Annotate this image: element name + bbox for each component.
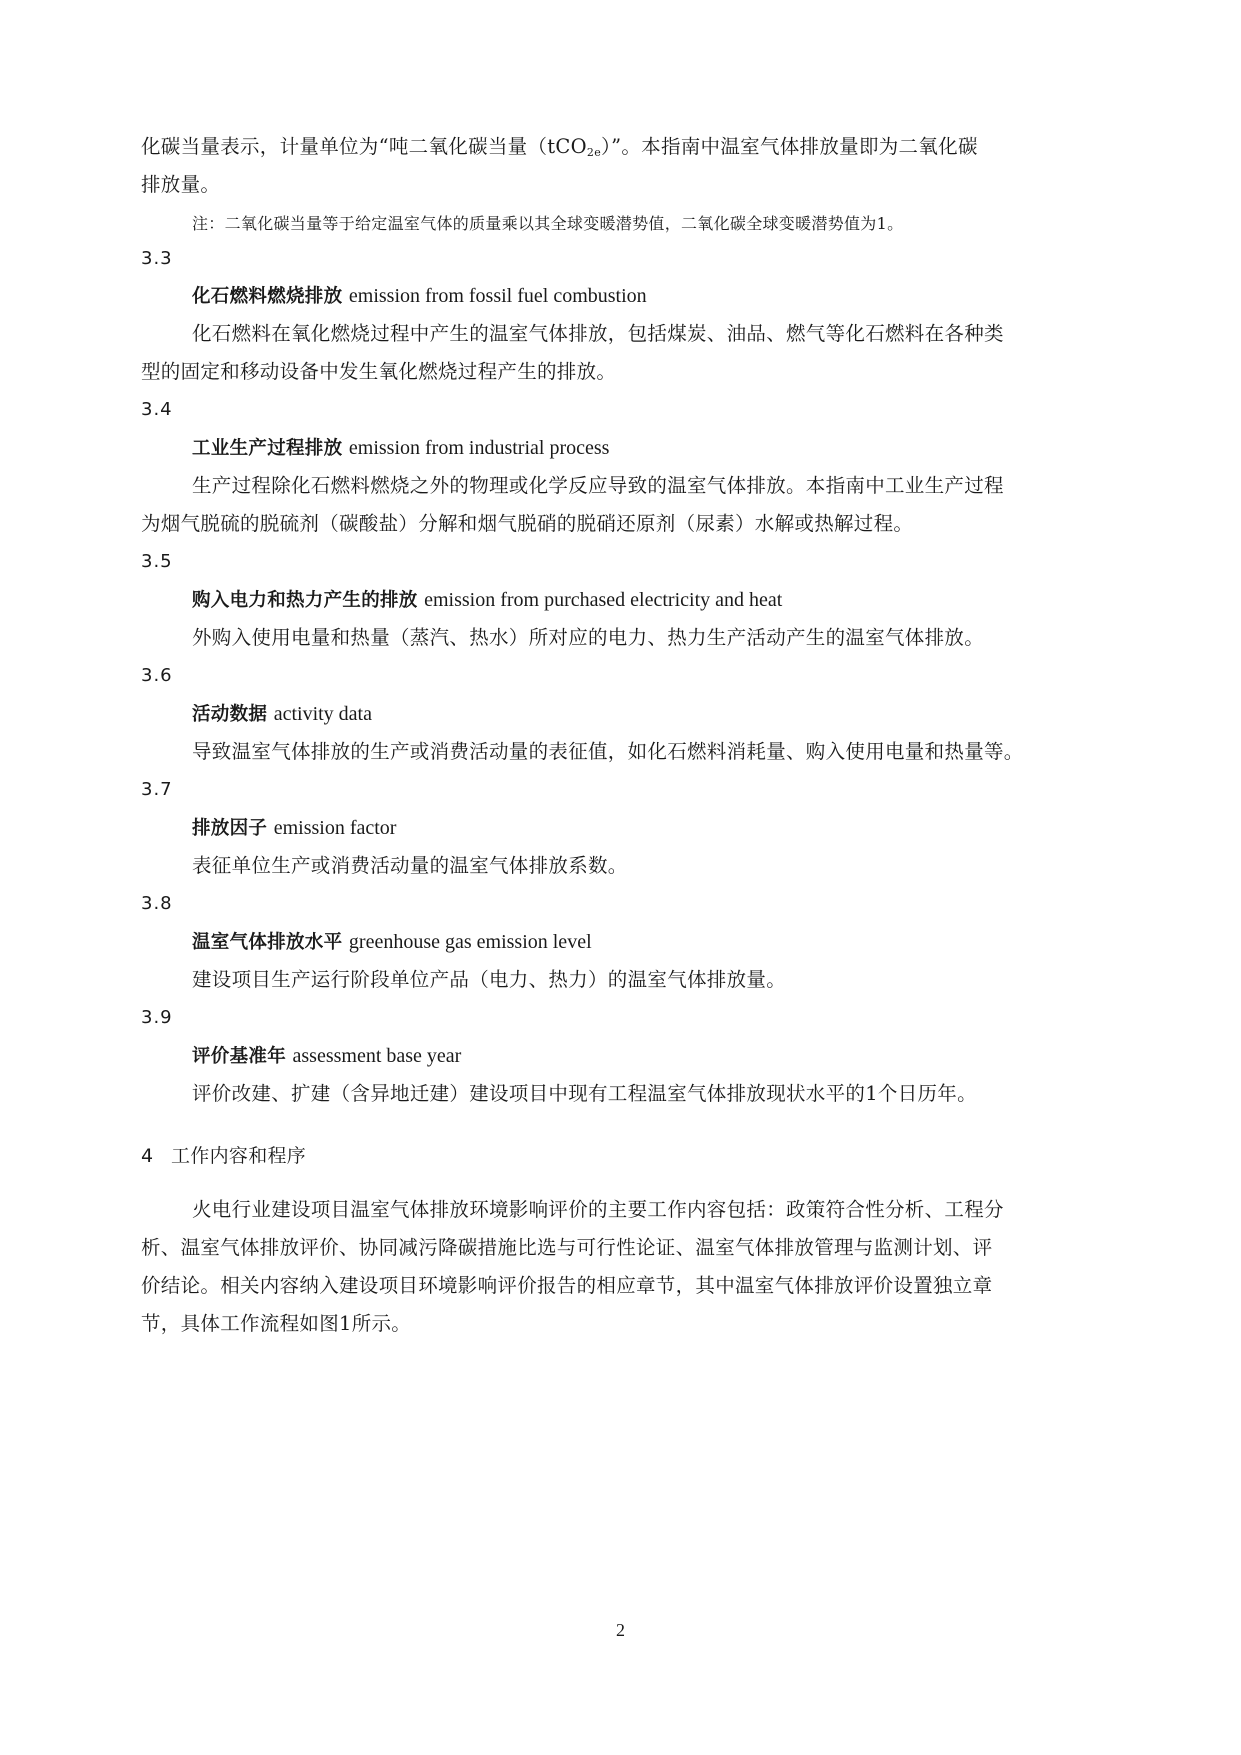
term-zh: 工业生产过程排放 [192,438,342,459]
intro-text-b: ）”。本指南中温室气体排放量即为二氧化碳 [601,135,978,158]
term-zh: 温室气体排放水平 [192,932,342,953]
intro-line-2: 排放量。 [141,171,220,199]
definition-line: 建设项目生产运行阶段单位产品（电力、热力）的温室气体排放量。 [192,966,786,994]
term-en: greenhouse gas emission level [349,931,592,953]
term-zh: 化石燃料燃烧排放 [192,286,342,307]
definition-line: 生产过程除化石燃料燃烧之外的物理或化学反应导致的温室气体排放。本指南中工业生产过… [192,472,1004,500]
definition-line: 化石燃料在氧化燃烧过程中产生的温室气体排放，包括煤炭、油品、燃气等化石燃料在各种… [192,320,1004,348]
term-en: emission from industrial process [349,437,610,459]
term-number-3-3: 3.3 [141,245,173,273]
term-heading-3-8: 温室气体排放水平 greenhouse gas emission level [192,928,592,957]
definition-line: 表征单位生产或消费活动量的温室气体排放系数。 [192,852,628,880]
term-number-3-8: 3.8 [141,890,173,918]
term-heading-3-9: 评价基准年 assessment base year [192,1042,461,1071]
term-number-3-7: 3.7 [141,776,173,804]
term-en: emission from purchased electricity and … [424,589,782,611]
paragraph-line: 节，具体工作流程如图1所示。 [141,1310,411,1338]
definition-line: 外购入使用电量和热量（蒸汽、热水）所对应的电力、热力生产活动产生的温室气体排放。 [192,624,984,652]
term-en: emission factor [274,817,397,839]
term-zh: 评价基准年 [192,1046,286,1067]
term-en: assessment base year [293,1045,462,1067]
section-number: 4 [141,1142,171,1170]
term-en: activity data [274,703,372,725]
term-zh: 活动数据 [192,704,267,725]
intro-line-1: 化碳当量表示，计量单位为“吨二氧化碳当量（tCO2e）”。本指南中温室气体排放量… [141,133,978,167]
term-number-3-9: 3.9 [141,1004,173,1032]
intro-subscript: 2e [587,146,601,159]
term-heading-3-3: 化石燃料燃烧排放 emission from fossil fuel combu… [192,282,647,311]
definition-line: 型的固定和移动设备中发生氧化燃烧过程产生的排放。 [141,358,616,386]
page-number: 2 [0,1620,1241,1641]
term-number-3-5: 3.5 [141,548,173,576]
paragraph-line: 析、温室气体排放评价、协同减污降碳措施比选与可行性论证、温室气体排放管理与监测计… [141,1234,992,1262]
term-heading-3-5: 购入电力和热力产生的排放 emission from purchased ele… [192,586,782,615]
document-page: 化碳当量表示，计量单位为“吨二氧化碳当量（tCO2e）”。本指南中温室气体排放量… [0,0,1241,1755]
term-heading-3-7: 排放因子 emission factor [192,814,396,843]
term-number-3-4: 3.4 [141,396,173,424]
definition-line: 导致温室气体排放的生产或消费活动量的表征值，如化石燃料消耗量、购入使用电量和热量… [192,738,1024,766]
intro-text-a: 化碳当量表示，计量单位为“吨二氧化碳当量（tCO [141,135,587,158]
term-zh: 购入电力和热力产生的排放 [192,590,418,611]
term-en: emission from fossil fuel combustion [349,285,647,307]
definition-line: 评价改建、扩建（含异地迁建）建设项目中现有工程温室气体排放现状水平的1个日历年。 [192,1080,977,1108]
section-heading-4: 4工作内容和程序 [141,1142,306,1170]
term-zh: 排放因子 [192,818,267,839]
section-title: 工作内容和程序 [171,1145,306,1167]
paragraph-line: 价结论。相关内容纳入建设项目环境影响评价报告的相应章节，其中温室气体排放评价设置… [141,1272,992,1300]
note: 注：二氧化碳当量等于给定温室气体的质量乘以其全球变暖潜势值，二氧化碳全球变暖潜势… [192,210,903,238]
term-heading-3-6: 活动数据 activity data [192,700,372,729]
term-heading-3-4: 工业生产过程排放 emission from industrial proces… [192,434,609,463]
term-number-3-6: 3.6 [141,662,173,690]
paragraph-line: 火电行业建设项目温室气体排放环境影响评价的主要工作内容包括：政策符合性分析、工程… [192,1196,1004,1224]
definition-line: 为烟气脱硫的脱硫剂（碳酸盐）分解和烟气脱硝的脱硝还原剂（尿素）水解或热解过程。 [141,510,913,538]
